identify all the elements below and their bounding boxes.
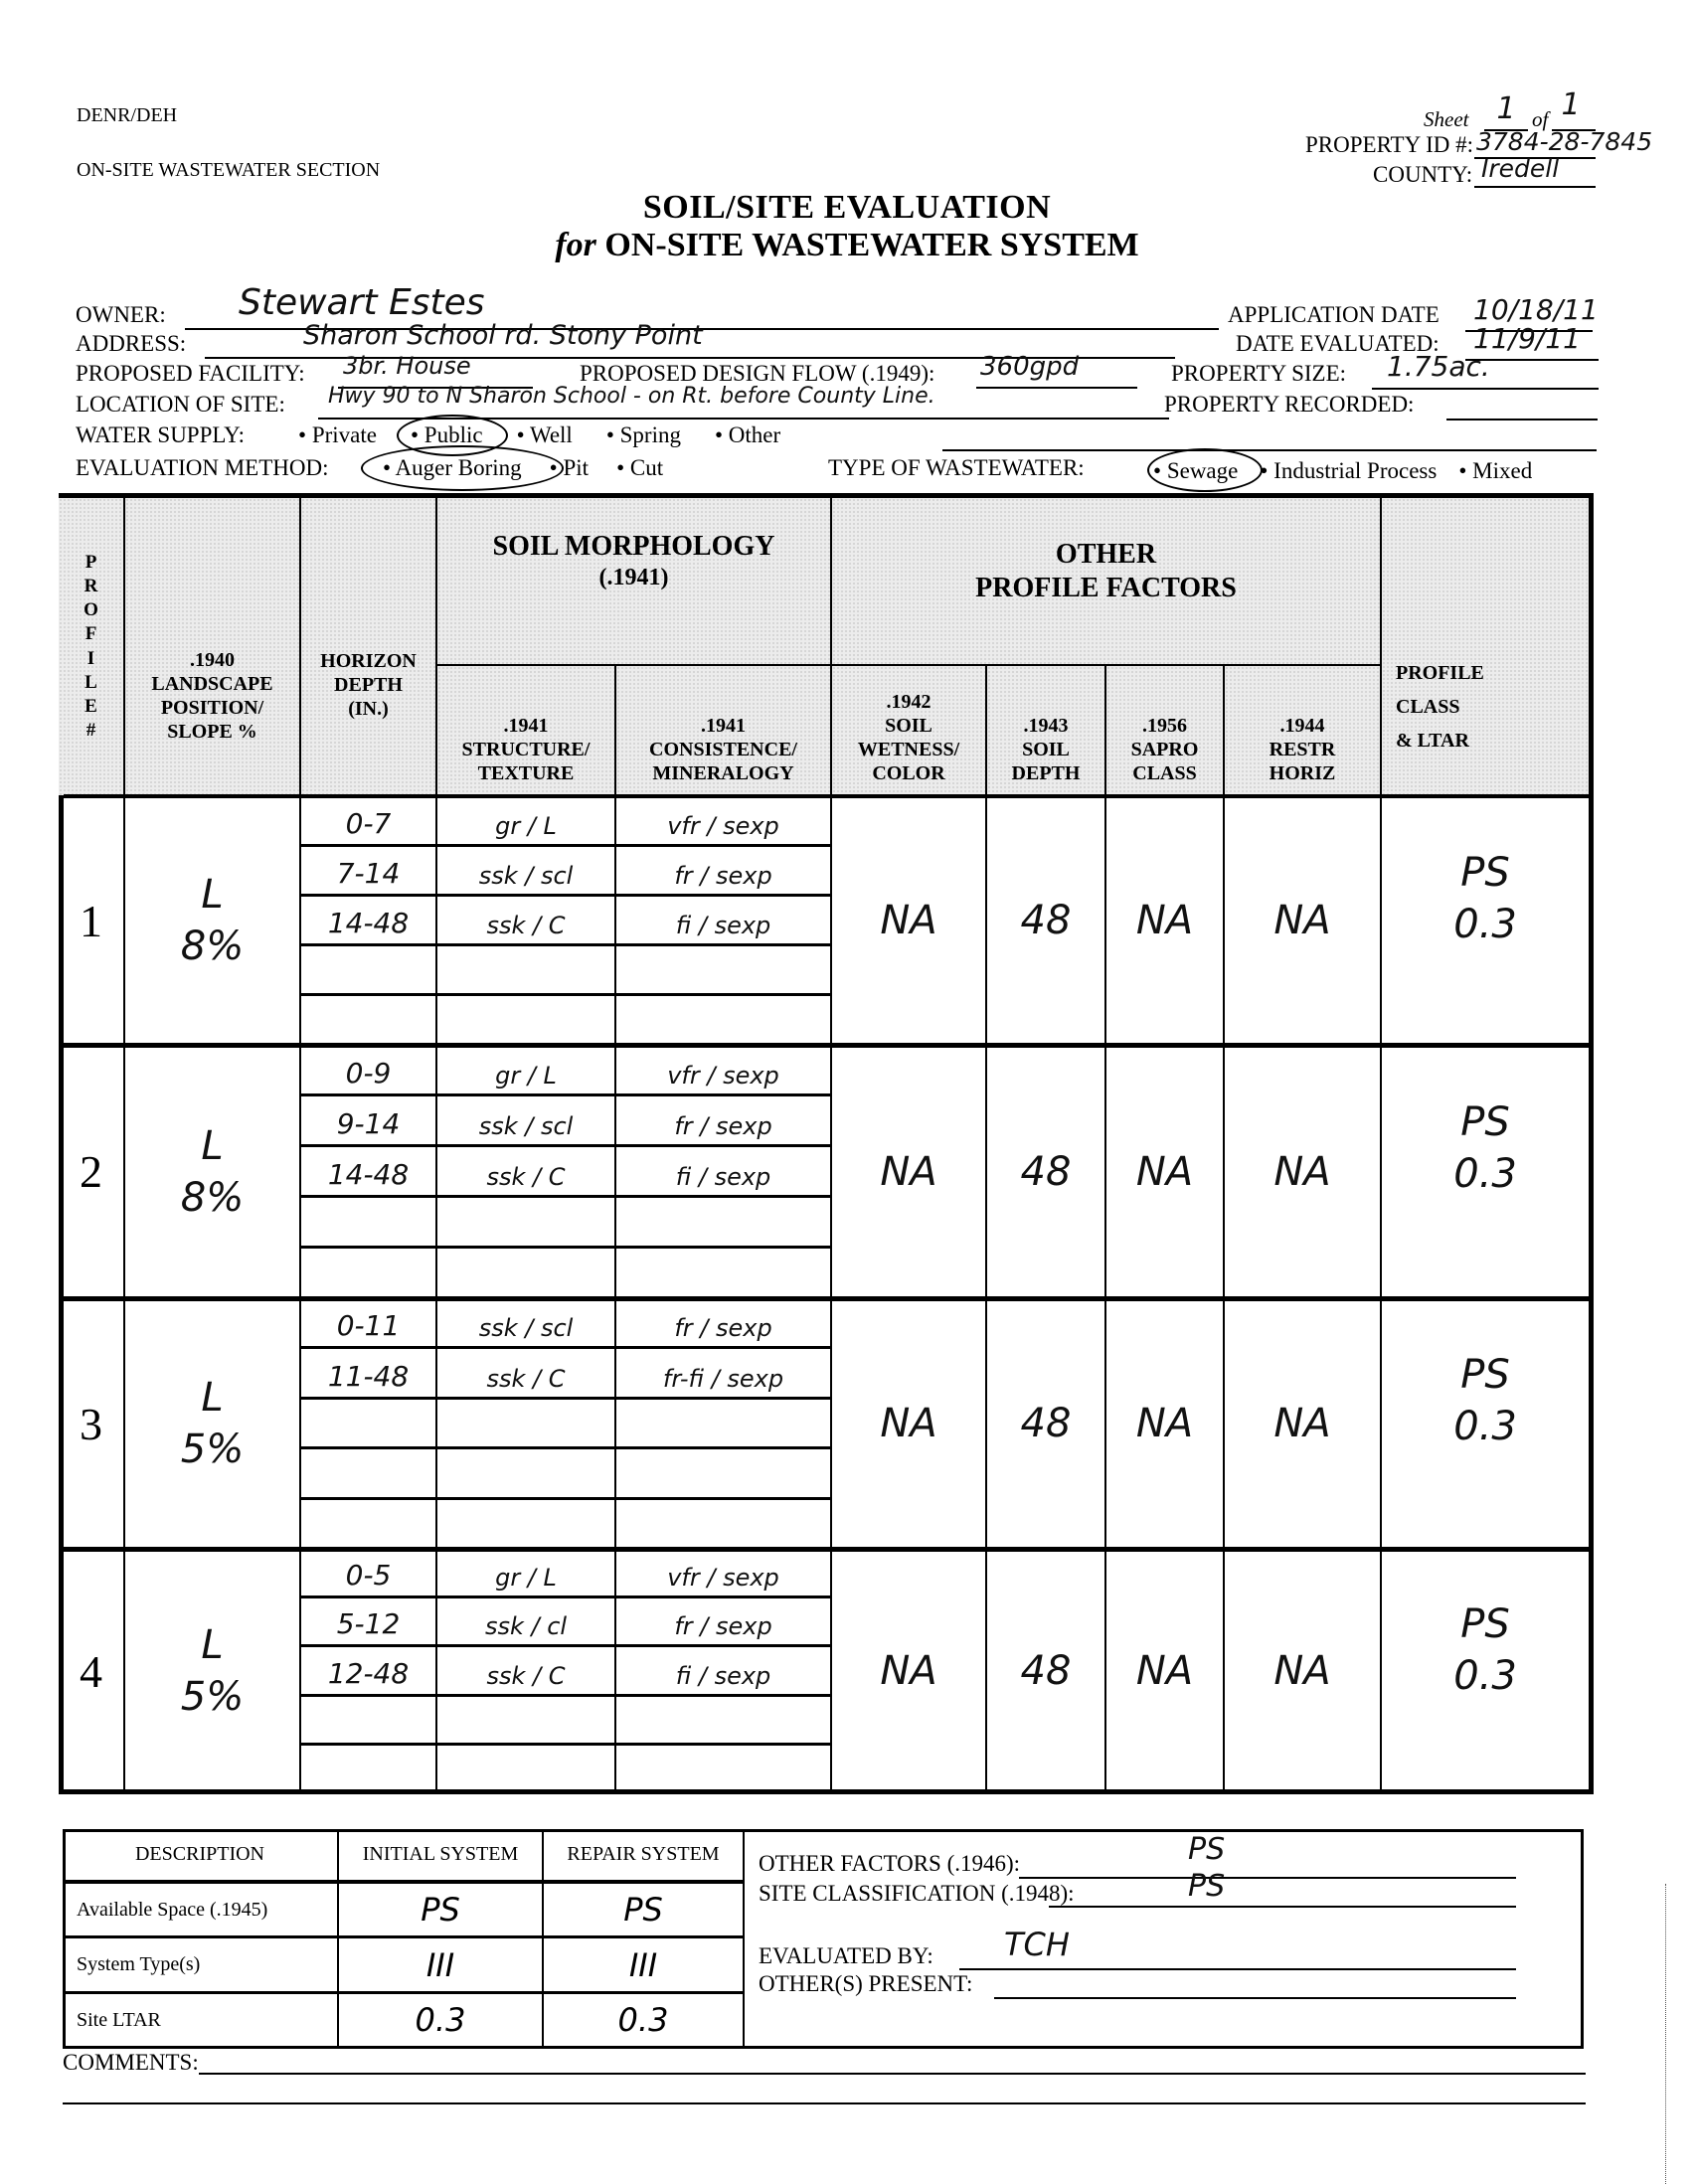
application-date-label: APPLICATION DATE [1228, 302, 1440, 328]
slope-percent[interactable]: 5% [181, 1671, 244, 1723]
selected-circle-mark [1147, 448, 1263, 492]
summary-row-label: System Type(s) [63, 1938, 339, 1994]
facility-label: PROPOSED FACILITY: [76, 361, 305, 387]
horizon-depth-cell[interactable]: 9-14 [301, 1096, 437, 1147]
structure-texture-cell[interactable]: ssk / scl [437, 847, 616, 897]
horizon-depth-cell[interactable] [301, 1746, 437, 1794]
header-soil-morphology: SOIL MORPHOLOGY(.1941) [437, 498, 832, 666]
header-soil_depth-line: DEPTH [1012, 761, 1081, 785]
header-sapro: .1956SAPROCLASS [1106, 666, 1225, 797]
wastewater-type-industrial[interactable]: • Industrial Process [1260, 458, 1437, 484]
evaluated-by-value[interactable]: TCH [1004, 1926, 1070, 1963]
water-supply-other-line [942, 449, 1597, 451]
property-id-label: PROPERTY ID #: [1305, 132, 1473, 158]
landscape-position[interactable]: L [201, 869, 223, 921]
structure-texture-cell[interactable] [437, 1400, 616, 1449]
comments-line-1 [199, 2073, 1586, 2075]
county-line [1474, 186, 1596, 188]
structure-texture-cell[interactable]: ssk / C [437, 1349, 616, 1400]
restr-horiz-cell[interactable]: NA [1225, 1550, 1382, 1794]
wastewater-type-mixed[interactable]: • Mixed [1458, 458, 1532, 484]
header-profile-line: R [85, 575, 98, 598]
horizon-depth-cell[interactable]: 12-48 [301, 1647, 437, 1697]
header-structure-line: .1941 [504, 714, 549, 738]
restr-horiz-cell[interactable]: NA [1225, 797, 1382, 1046]
header-profile-line: F [85, 622, 97, 646]
horizon-depth-cell[interactable] [301, 1249, 437, 1299]
summary-initial-value[interactable]: 0.3 [339, 1994, 544, 2046]
header-landscape: .1940LANDSCAPEPOSITION/SLOPE % [125, 498, 301, 797]
other-factors-value[interactable]: PS [1188, 1832, 1225, 1867]
form-title: SOIL/SITE EVALUATION for ON-SITE WASTEWA… [0, 189, 1694, 264]
county-label: COUNTY: [1373, 162, 1472, 188]
header-soil_depth-line: .1943 [1024, 714, 1069, 738]
header-soil_depth-line: SOIL [1022, 738, 1070, 761]
county-value[interactable]: Iredell [1481, 154, 1559, 183]
summary-row-label: Site LTAR [63, 1994, 339, 2046]
structure-texture-cell[interactable] [437, 1249, 616, 1299]
horizon-depth-cell[interactable]: 11-48 [301, 1349, 437, 1400]
consistence-mineralogy-cell[interactable] [616, 1449, 832, 1500]
header-profile-line: L [85, 671, 97, 695]
header-restr: .1944RESTRHORIZ [1225, 666, 1382, 797]
soil-depth-cell[interactable]: 48 [987, 797, 1106, 1046]
header-profile-class-line: PROFILE [1396, 656, 1484, 690]
selected-circle-mark [361, 445, 564, 491]
header-consistence: .1941CONSISTENCE/MINERALOGY [616, 666, 832, 797]
header-profile-line: I [87, 647, 94, 671]
header-profile-line: # [86, 719, 96, 743]
consistence-mineralogy-cell[interactable]: fr-fi / sexp [616, 1349, 832, 1400]
agency-label: DENR/DEH [77, 104, 177, 127]
landscape-slope-cell[interactable]: L8% [125, 1046, 301, 1299]
profile-number: 4 [59, 1550, 125, 1794]
water-supply-well[interactable]: • Well [517, 422, 573, 448]
sheet-label: Sheet [1424, 107, 1468, 132]
structure-texture-cell[interactable]: ssk / scl [437, 1299, 616, 1349]
consistence-mineralogy-cell[interactable]: vfr / sexp [616, 797, 832, 847]
address-label: ADDRESS: [76, 331, 186, 357]
wetness-color-cell[interactable]: NA [832, 797, 987, 1046]
comments-label: COMMENTS: [63, 2050, 199, 2076]
sapro-class-cell[interactable]: NA [1106, 1299, 1225, 1550]
structure-texture-cell[interactable] [437, 1697, 616, 1746]
page-edge-mark [1665, 1884, 1666, 2184]
structure-texture-cell[interactable] [437, 1198, 616, 1249]
consistence-mineralogy-cell[interactable]: fi / sexp [616, 1647, 832, 1697]
water-supply-label: WATER SUPPLY: [76, 422, 245, 448]
header-profile-class-line: CLASS [1396, 690, 1459, 724]
summary-repair-value[interactable]: PS [544, 1884, 745, 1938]
header-profile-number: PROFILE# [59, 498, 125, 797]
wetness-color-cell[interactable]: NA [832, 1550, 987, 1794]
wastewater-type-options: • Sewage • Industrial Process • Mixed [1153, 458, 1532, 484]
structure-texture-cell[interactable] [437, 946, 616, 996]
design-flow-value[interactable]: 360gpd [980, 352, 1079, 382]
header-sapro-line: SAPRO [1131, 738, 1199, 761]
horizon-depth-cell[interactable]: 5-12 [301, 1598, 437, 1647]
facility-value[interactable]: 3br. House [343, 352, 471, 380]
landscape-slope-cell[interactable]: L5% [125, 1299, 301, 1550]
wastewater-type-sewage[interactable]: • Sewage [1153, 458, 1238, 484]
structure-texture-cell[interactable] [437, 1449, 616, 1500]
header-wetness: .1942SOILWETNESS/COLOR [832, 666, 987, 797]
header-other-factors-line: OTHER [1056, 538, 1156, 572]
soil-profile-table: PROFILE#.1940LANDSCAPEPOSITION/SLOPE %HO… [59, 493, 1594, 1794]
wetness-color-cell[interactable]: NA [832, 1299, 987, 1550]
water-supply-options: • Private • Public • Well • Spring • Oth… [298, 422, 780, 448]
summary-repair-value[interactable]: III [544, 1938, 745, 1994]
evaluation-method-options: • Auger Boring • Pit • Cut [383, 455, 663, 481]
horizon-depth-cell[interactable] [301, 996, 437, 1046]
title-line-2-text: ON-SITE WASTEWATER SYSTEM [604, 227, 1138, 263]
section-label: ON-SITE WASTEWATER SECTION [77, 159, 380, 182]
others-present-label: OTHER(S) PRESENT: [759, 1971, 972, 1997]
header-restr-line: .1944 [1280, 714, 1325, 738]
profile-ltar[interactable]: 0.3 [1453, 1148, 1517, 1200]
evaluated-by-line [959, 1968, 1516, 1970]
consistence-mineralogy-cell[interactable] [616, 1697, 832, 1746]
other-factors-label: OTHER FACTORS (.1946): [759, 1851, 1020, 1877]
landscape-position[interactable]: L [201, 1619, 223, 1671]
structure-texture-cell[interactable]: gr / L [437, 797, 616, 847]
header-horizon-line: (IN.) [348, 697, 389, 721]
header-profile-class: PROFILECLASS& LTAR [1382, 498, 1589, 797]
consistence-mineralogy-cell[interactable] [616, 1500, 832, 1550]
landscape-slope-cell[interactable]: L8% [125, 797, 301, 1046]
horizon-depth-cell[interactable]: 0-5 [301, 1550, 437, 1598]
header-sapro-line: CLASS [1132, 761, 1196, 785]
soil-depth-cell[interactable]: 48 [987, 1046, 1106, 1299]
header-sapro-line: .1956 [1142, 714, 1187, 738]
horizon-depth-cell[interactable] [301, 1400, 437, 1449]
sapro-class-cell[interactable]: NA [1106, 797, 1225, 1046]
property-recorded-label: PROPERTY RECORDED: [1164, 392, 1414, 418]
sapro-class-cell[interactable]: NA [1106, 1550, 1225, 1794]
header-profile-line: P [85, 551, 97, 575]
sheet-total[interactable]: 1 [1551, 87, 1591, 122]
consistence-mineralogy-cell[interactable] [616, 1400, 832, 1449]
title-line-2: for ON-SITE WASTEWATER SYSTEM [0, 227, 1694, 264]
summary-header-initial: INITIAL SYSTEM [339, 1829, 544, 1884]
consistence-mineralogy-cell[interactable]: fr / sexp [616, 847, 832, 897]
evaluation-method-auger[interactable]: • Auger Boring [383, 455, 522, 481]
structure-texture-cell[interactable]: gr / L [437, 1550, 616, 1598]
header-structure: .1941STRUCTURE/TEXTURE [437, 666, 616, 797]
summary-header-repair: REPAIR SYSTEM [544, 1829, 745, 1884]
header-consistence-line: CONSISTENCE/ [649, 738, 797, 761]
summary-initial-value[interactable]: PS [339, 1884, 544, 1938]
restr-horiz-cell[interactable]: NA [1225, 1046, 1382, 1299]
soil-depth-cell[interactable]: 48 [987, 1550, 1106, 1794]
horizon-depth-cell[interactable]: 14-48 [301, 1147, 437, 1198]
profile-class[interactable]: PS [1460, 1598, 1510, 1650]
property-size-line [1372, 388, 1599, 390]
summary-row-label: Available Space (.1945) [63, 1884, 339, 1938]
profile-class-ltar-cell[interactable]: PS0.3 [1382, 1299, 1589, 1550]
location-label: LOCATION OF SITE: [76, 392, 285, 418]
structure-texture-cell[interactable]: ssk / C [437, 1647, 616, 1697]
wastewater-type-label: TYPE OF WASTEWATER: [828, 455, 1085, 481]
property-recorded-line [1446, 419, 1598, 420]
slope-percent[interactable]: 8% [181, 921, 244, 972]
header-horizon-line: DEPTH [334, 673, 403, 697]
header-horizon-line: HORIZON [320, 649, 417, 673]
water-supply-public[interactable]: • Public [411, 422, 483, 448]
consistence-mineralogy-cell[interactable] [616, 1198, 832, 1249]
evaluation-method-cut[interactable]: • Cut [616, 455, 663, 481]
profile-number: 2 [59, 1046, 125, 1299]
profile-class[interactable]: PS [1460, 847, 1510, 899]
site-classification-line [1049, 1906, 1516, 1908]
horizon-depth-cell[interactable] [301, 1198, 437, 1249]
profile-class-ltar-cell[interactable]: PS0.3 [1382, 1550, 1589, 1794]
summary-repair-value[interactable]: 0.3 [544, 1994, 745, 2046]
sheet-number[interactable]: 1 [1486, 91, 1526, 126]
landscape-position[interactable]: L [201, 1120, 223, 1172]
structure-texture-cell[interactable]: ssk / C [437, 1147, 616, 1198]
header-consistence-line: .1941 [701, 714, 746, 738]
water-supply-spring[interactable]: • Spring [606, 422, 681, 448]
horizon-depth-cell[interactable]: 14-48 [301, 897, 437, 946]
profile-ltar[interactable]: 0.3 [1453, 899, 1517, 950]
structure-texture-cell[interactable]: ssk / C [437, 897, 616, 946]
profile-ltar[interactable]: 0.3 [1453, 1401, 1517, 1452]
structure-texture-cell[interactable]: ssk / cl [437, 1598, 616, 1647]
address-value[interactable]: Sharon School rd. Stony Point [303, 320, 703, 351]
header-landscape-line: LANDSCAPE [151, 672, 272, 696]
header-soil-morphology-title: SOIL MORPHOLOGY [493, 530, 775, 564]
summary-initial-value[interactable]: III [339, 1938, 544, 1994]
property-size-label: PROPERTY SIZE: [1171, 361, 1346, 387]
horizon-depth-cell[interactable]: 0-7 [301, 797, 437, 847]
structure-texture-cell[interactable] [437, 996, 616, 1046]
structure-texture-cell[interactable]: gr / L [437, 1046, 616, 1096]
consistence-mineralogy-cell[interactable] [616, 996, 832, 1046]
header-wetness-line: .1942 [887, 690, 932, 714]
comments-line-2 [63, 2102, 1586, 2104]
landscape-slope-cell[interactable]: L5% [125, 1550, 301, 1794]
site-classification-label: SITE CLASSIFICATION (.1948): [759, 1881, 1075, 1907]
consistence-mineralogy-cell[interactable]: fi / sexp [616, 897, 832, 946]
horizon-depth-cell[interactable]: 0-9 [301, 1046, 437, 1096]
header-landscape-line: POSITION/ [161, 696, 263, 720]
header-landscape-line: SLOPE % [167, 720, 257, 744]
header-restr-line: HORIZ [1270, 761, 1336, 785]
consistence-mineralogy-cell[interactable]: fr / sexp [616, 1299, 832, 1349]
header-other-factors-line: PROFILE FACTORS [975, 572, 1237, 605]
consistence-mineralogy-cell[interactable]: vfr / sexp [616, 1550, 832, 1598]
horizon-depth-cell[interactable] [301, 1697, 437, 1746]
horizon-depth-cell[interactable]: 0-11 [301, 1299, 437, 1349]
profile-class[interactable]: PS [1460, 1096, 1510, 1148]
consistence-mineralogy-cell[interactable] [616, 1249, 832, 1299]
landscape-position[interactable]: L [201, 1372, 223, 1424]
header-structure-line: STRUCTURE/ [462, 738, 591, 761]
header-wetness-line: SOIL [885, 714, 932, 738]
structure-texture-cell[interactable]: ssk / scl [437, 1096, 616, 1147]
title-line-1: SOIL/SITE EVALUATION [0, 189, 1694, 227]
header-structure-line: TEXTURE [478, 761, 575, 785]
slope-percent[interactable]: 5% [181, 1424, 244, 1475]
others-present-line [994, 1997, 1516, 1999]
slope-percent[interactable]: 8% [181, 1172, 244, 1224]
header-profile-class-line: & LTAR [1396, 724, 1469, 757]
profile-class-ltar-cell[interactable]: PS0.3 [1382, 1046, 1589, 1299]
profile-number: 3 [59, 1299, 125, 1550]
header-soil-depth: .1943SOILDEPTH [987, 666, 1106, 797]
water-supply-private[interactable]: • Private [298, 422, 377, 448]
property-size-value[interactable]: 1.75ac. [1387, 350, 1490, 383]
consistence-mineralogy-cell[interactable]: vfr / sexp [616, 1046, 832, 1096]
consistence-mineralogy-cell[interactable]: fi / sexp [616, 1147, 832, 1198]
header-restr-line: RESTR [1270, 738, 1336, 761]
title-for: for [555, 227, 596, 263]
consistence-mineralogy-cell[interactable]: fr / sexp [616, 1598, 832, 1647]
header-profile-line: O [84, 598, 98, 622]
consistence-mineralogy-cell[interactable] [616, 946, 832, 996]
design-flow-line [976, 387, 1137, 389]
profile-ltar[interactable]: 0.3 [1453, 1650, 1517, 1702]
profile-class-ltar-cell[interactable]: PS0.3 [1382, 797, 1589, 1046]
restr-horiz-cell[interactable]: NA [1225, 1299, 1382, 1550]
header-consistence-line: MINERALOGY [652, 761, 793, 785]
profile-number: 1 [59, 797, 125, 1046]
header-wetness-line: COLOR [872, 761, 944, 785]
header-other-profile-factors: OTHERPROFILE FACTORS [832, 498, 1382, 666]
owner-value[interactable]: Stewart Estes [239, 282, 485, 323]
profile-class[interactable]: PS [1460, 1349, 1510, 1401]
location-value[interactable]: Hwy 90 to N Sharon School - on Rt. befor… [328, 384, 935, 409]
water-supply-other[interactable]: • Other [715, 422, 780, 448]
horizon-depth-cell[interactable]: 7-14 [301, 847, 437, 897]
other-factors-line [1019, 1877, 1516, 1879]
structure-texture-cell[interactable] [437, 1746, 616, 1794]
header-horizon-depth: HORIZONDEPTH(IN.) [301, 498, 437, 797]
horizon-depth-cell[interactable] [301, 1449, 437, 1500]
consistence-mineralogy-cell[interactable]: fr / sexp [616, 1096, 832, 1147]
property-id-value[interactable]: 3784-28-7845 [1476, 127, 1652, 156]
header-soil-morphology-rule: (.1941) [599, 564, 669, 592]
evaluated-by-label: EVALUATED BY: [759, 1943, 933, 1969]
summary-header-description: DESCRIPTION [63, 1829, 339, 1884]
evaluation-method-label: EVALUATION METHOD: [76, 455, 328, 481]
structure-texture-cell[interactable] [437, 1500, 616, 1550]
header-wetness-line: WETNESS/ [858, 738, 959, 761]
header-profile-line: E [85, 695, 97, 719]
soil-depth-cell[interactable]: 48 [987, 1299, 1106, 1550]
consistence-mineralogy-cell[interactable] [616, 1746, 832, 1794]
owner-label: OWNER: [76, 302, 166, 328]
horizon-depth-cell[interactable] [301, 946, 437, 996]
sapro-class-cell[interactable]: NA [1106, 1046, 1225, 1299]
header-landscape-line: .1940 [190, 648, 235, 672]
site-classification-value[interactable]: PS [1188, 1869, 1225, 1904]
wetness-color-cell[interactable]: NA [832, 1046, 987, 1299]
horizon-depth-cell[interactable] [301, 1500, 437, 1550]
